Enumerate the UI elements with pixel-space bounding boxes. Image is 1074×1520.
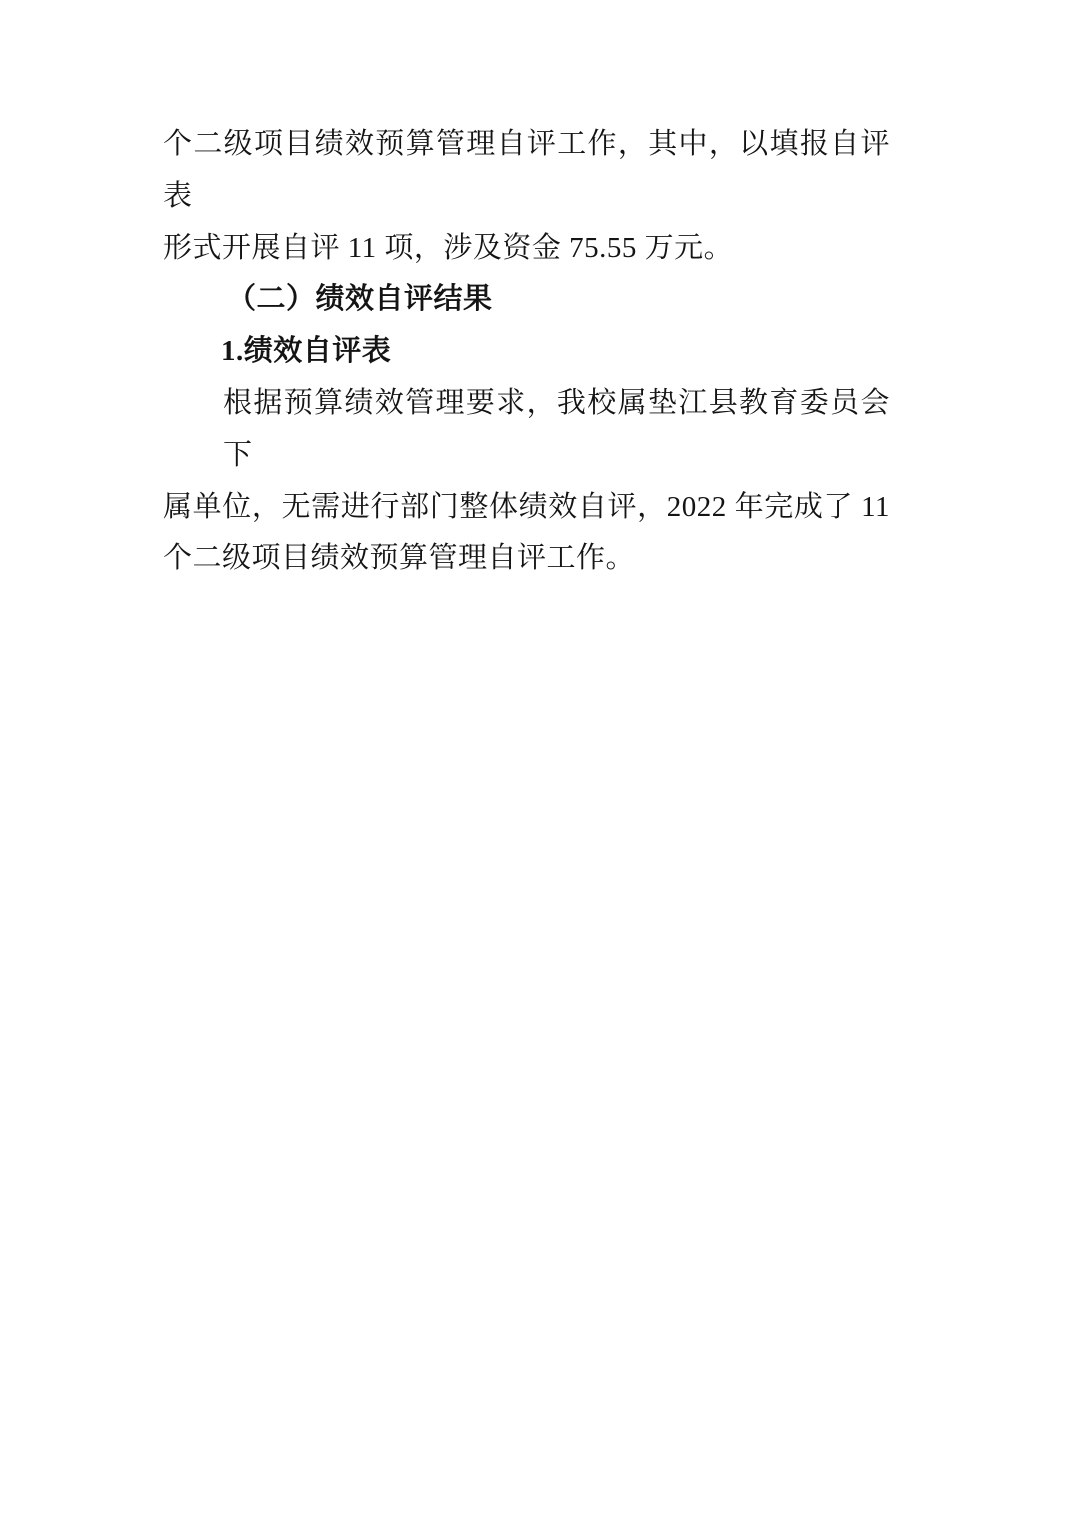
document-page: 个二级项目绩效预算管理自评工作，其中，以填报自评表 形式开展自评 11 项，涉及… <box>0 0 1074 1520</box>
paragraph-continuation-line-2: 形式开展自评 11 项，涉及资金 75.55 万元。 <box>163 223 890 275</box>
paragraph-continuation-line-1: 个二级项目绩效预算管理自评工作，其中，以填报自评表 <box>163 119 890 223</box>
subsection-heading: 1.绩效自评表 <box>163 326 890 378</box>
paragraph-body-line-2: 属单位，无需进行部门整体绩效自评，2022 年完成了 11 <box>163 482 890 534</box>
section-heading: （二）绩效自评结果 <box>163 274 890 326</box>
document-content: 个二级项目绩效预算管理自评工作，其中，以填报自评表 形式开展自评 11 项，涉及… <box>163 119 890 585</box>
paragraph-body-line-1: 根据预算绩效管理要求，我校属垫江县教育委员会下 <box>163 378 890 482</box>
paragraph-body-line-3: 个二级项目绩效预算管理自评工作。 <box>163 533 890 585</box>
